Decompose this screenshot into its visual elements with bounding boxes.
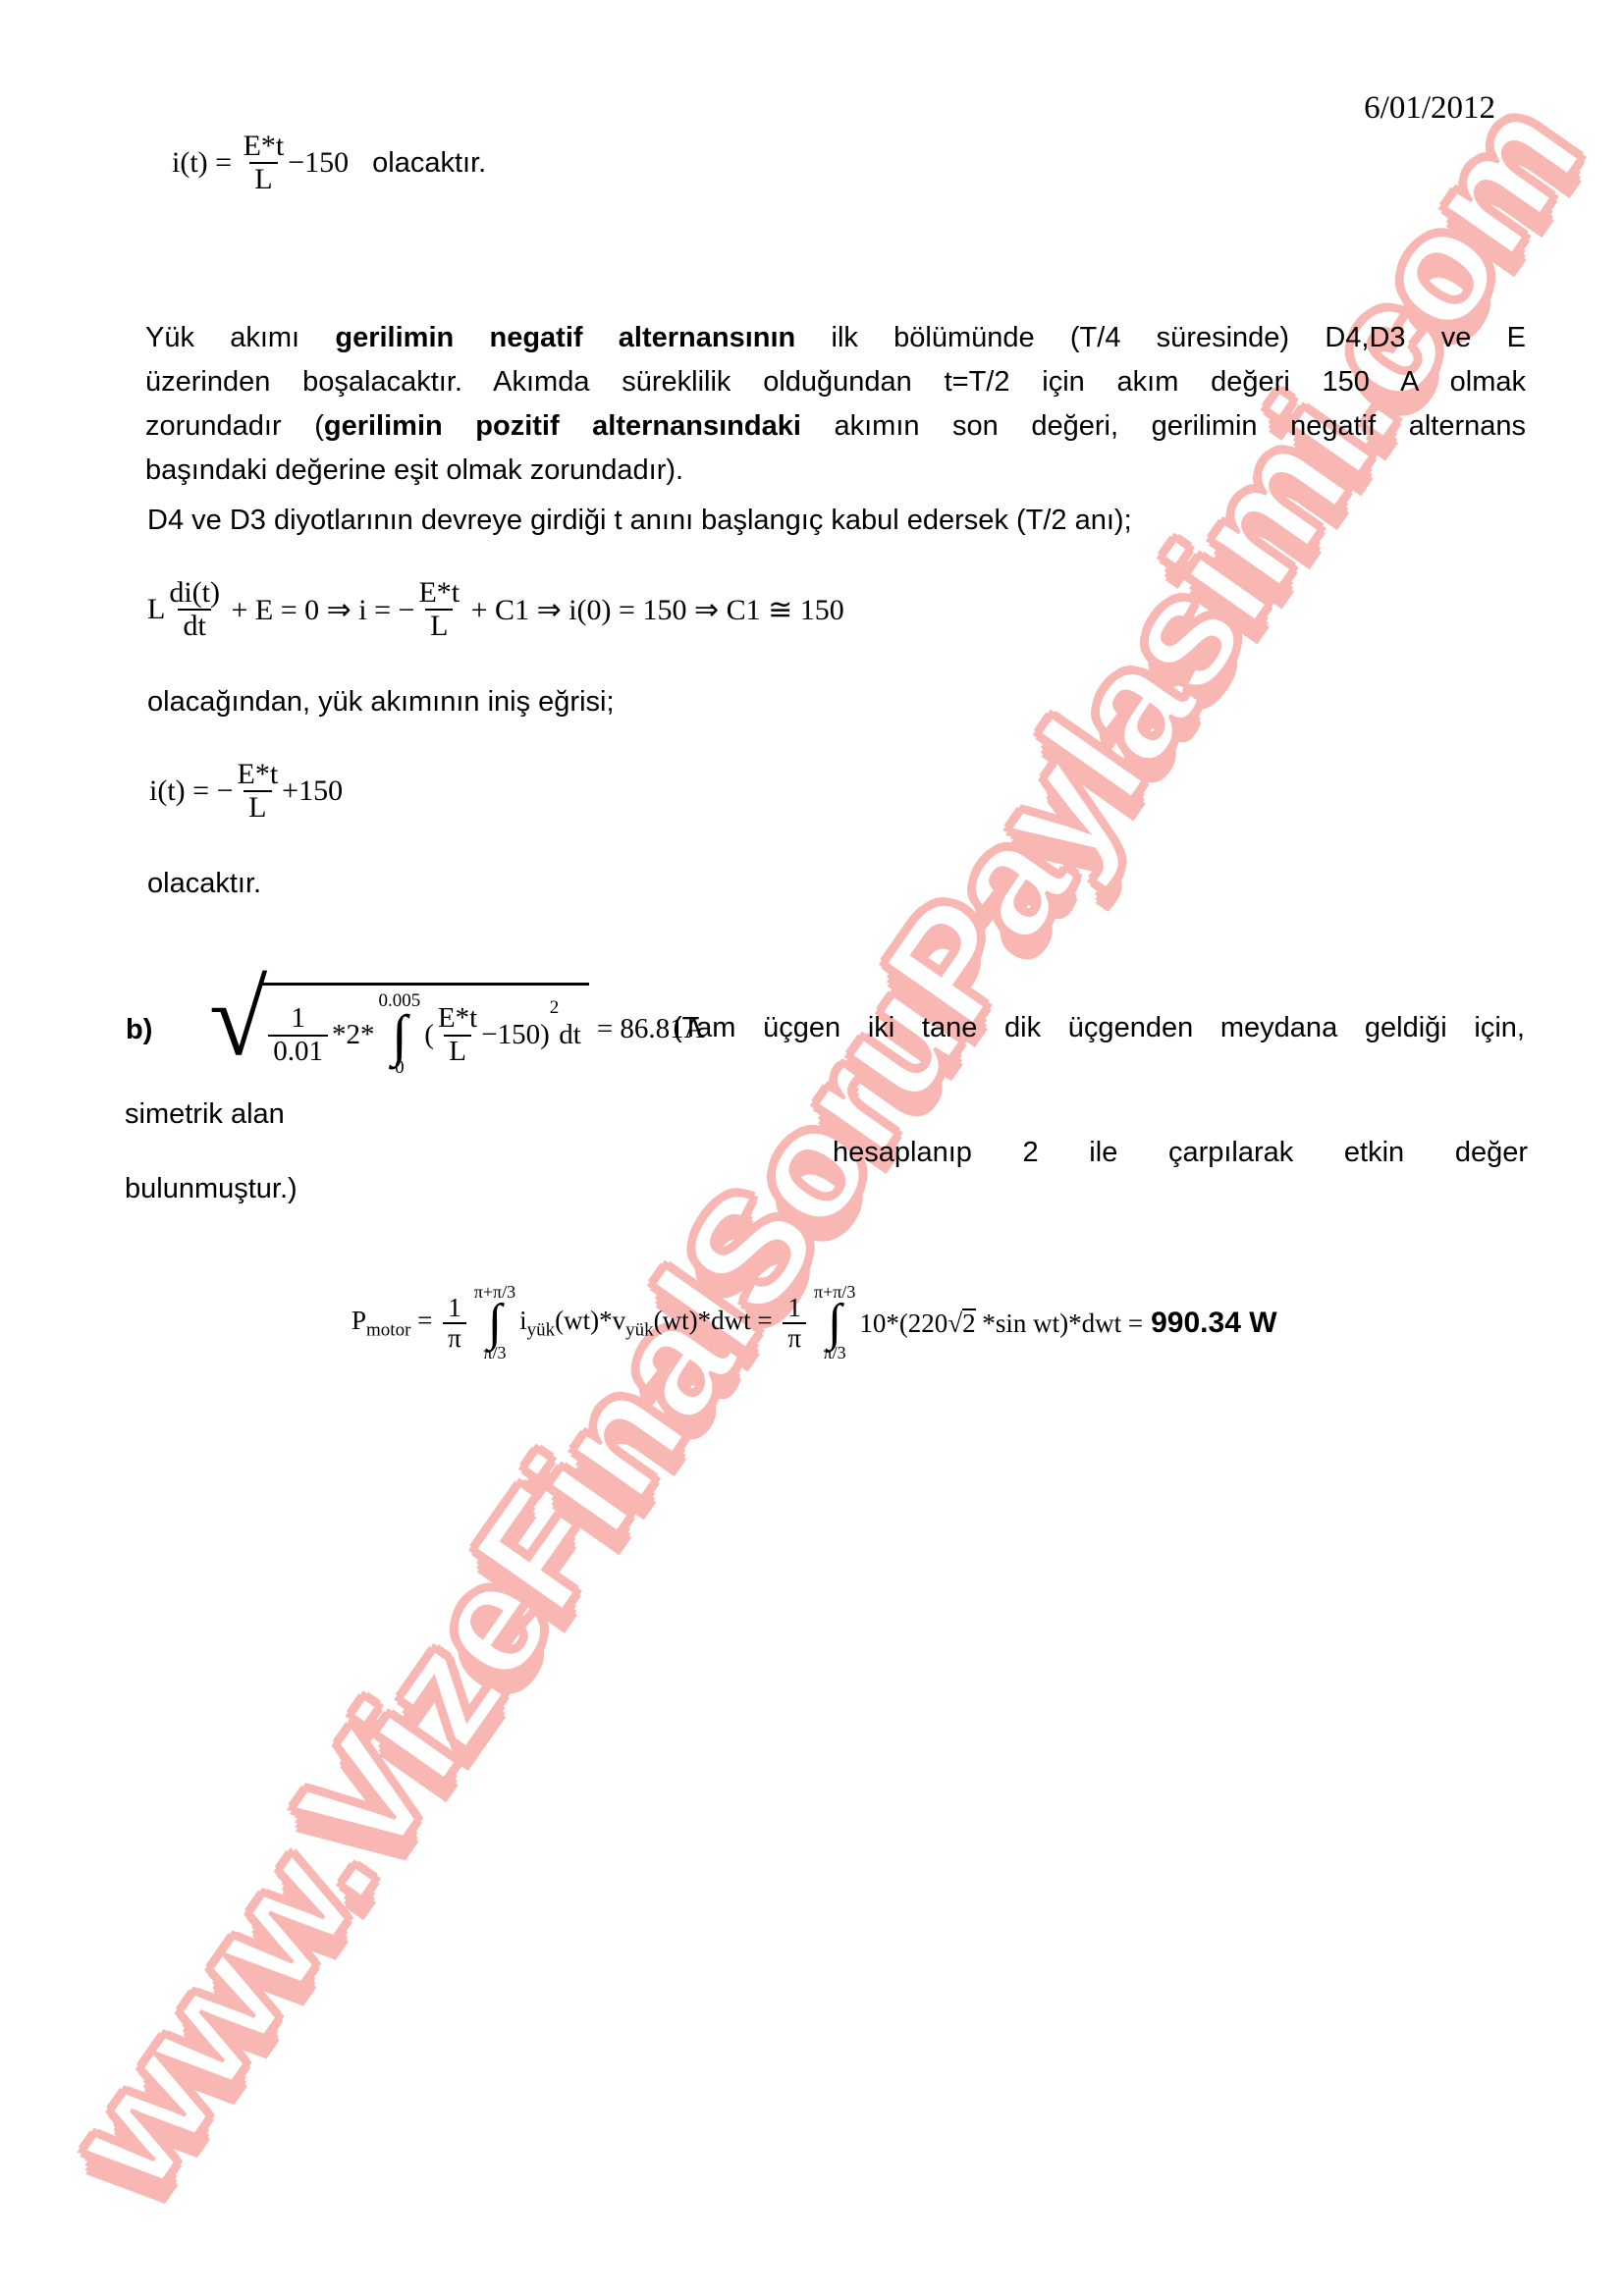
integrand-2: 10*(220√2 *sin wt)*dwt =	[859, 1308, 1143, 1339]
fraction: 1 π	[783, 1294, 806, 1353]
paragraph-line: başındaki değerine eşit olmak zorundadır…	[145, 449, 1526, 493]
integral-symbol: ∫	[828, 1303, 841, 1345]
date-label: 6/01/2012	[1364, 90, 1495, 127]
paragraph-line: Yük akımı gerilimin negatif alternansını…	[145, 316, 1526, 360]
open-paren: (	[424, 1019, 434, 1051]
fraction-numerator: E*t	[418, 577, 460, 609]
fraction: E*t L	[418, 577, 460, 643]
radical-symbol: √	[209, 980, 267, 1059]
fraction: E*t L	[438, 1003, 477, 1067]
formula-lhs: i(t) =	[172, 146, 240, 180]
formula-mid: + E = 0 ⇒ i = −	[224, 593, 414, 627]
formula-pre: L	[147, 593, 165, 626]
section-b-label: b)	[126, 1014, 152, 1046]
integrand-1: iyük(wt)*vyük(wt)*dwt =	[519, 1306, 779, 1341]
fraction-denominator: L	[249, 162, 277, 195]
formula-lhs: i(t) = −	[149, 774, 234, 808]
fraction: 1 0.01	[268, 1003, 328, 1067]
fraction-numerator: E*t	[238, 759, 279, 790]
document-page: www.VizeFinalSoruPaylasimi.com 6/01/2012…	[0, 0, 1624, 2296]
text-segment: gerilimin pozitif alternansındaki	[324, 410, 801, 442]
line-olacaktir: olacaktır.	[147, 868, 261, 900]
text-segment: Yük akımı	[145, 322, 335, 353]
multiply-term: *2*	[332, 1019, 375, 1051]
text-segment: ilk bölümünde (T/4 süresinde) D4,D3 ve E	[795, 322, 1526, 353]
integral-symbol: ∫	[488, 1303, 502, 1345]
formula-tail: −150	[288, 146, 349, 180]
integral-lower-limit: 0	[395, 1058, 405, 1079]
term: *sin wt)*dwt =	[976, 1308, 1143, 1338]
fraction-denominator: 0.01	[268, 1035, 328, 1067]
fraction-denominator: L	[425, 609, 453, 642]
integral-lower-limit: π/3	[483, 1344, 506, 1363]
fraction: di(t) dt	[169, 577, 220, 643]
pmotor-result: 990.34 W	[1151, 1307, 1276, 1340]
fraction: E*t L	[238, 759, 279, 825]
dt-term: dt	[559, 1019, 581, 1051]
integral-symbol: ∫	[392, 1012, 407, 1059]
pmotor-lhs: Pmotor =	[352, 1306, 439, 1341]
term: (wt)*dwt =	[654, 1306, 780, 1335]
sqrt2-term: 2	[962, 1308, 976, 1337]
paragraph-line: zorundadır (gerilimin pozitif alternansı…	[145, 404, 1526, 449]
i-symbol: i	[519, 1306, 527, 1335]
radical-symbol: √	[947, 1308, 962, 1338]
fraction-numerator: 1	[787, 1294, 801, 1322]
formula-load-current-discharge: i(t) = E*t L −150 olacaktır.	[172, 131, 486, 196]
line-d4-d3: D4 ve D3 diyotlarının devreye girdiği t …	[147, 505, 1132, 537]
integral: π+π/3 ∫ π/3	[814, 1283, 855, 1363]
integral-lower-limit: π/3	[824, 1344, 846, 1363]
paragraph-yuk-akimi: Yük akımı gerilimin negatif alternansını…	[145, 316, 1526, 493]
fraction-denominator: π	[443, 1322, 466, 1353]
fraction-numerator: E*t	[438, 1003, 477, 1034]
square-root: √ 1 0.01 *2* 0.005 ∫ 0 ( E*t L	[209, 980, 589, 1079]
fraction-numerator: E*t	[244, 131, 285, 162]
fraction-denominator: L	[444, 1035, 471, 1067]
integral: 0.005 ∫ 0	[379, 991, 421, 1079]
text-segment: gerilimin negatif alternansının	[335, 322, 795, 353]
fraction: E*t L	[244, 131, 285, 196]
text-tam-ucgen: (Tam üçgen iki tane dik üçgenden meydana…	[673, 1012, 1525, 1044]
page-content: 6/01/2012 i(t) = E*t L −150 olacaktır. Y…	[0, 0, 1624, 2296]
formula-rms-current: √ 1 0.01 *2* 0.005 ∫ 0 ( E*t L	[209, 980, 705, 1079]
formula-tail: +150	[282, 774, 343, 808]
term: (wt)*v	[555, 1306, 625, 1335]
fraction: 1 π	[443, 1294, 466, 1353]
text-bulunmustur: bulunmuştur.)	[125, 1173, 298, 1205]
text-olacaktir: olacaktır.	[372, 147, 486, 180]
fraction-numerator: di(t)	[169, 577, 220, 609]
fraction-numerator: 1	[291, 1003, 305, 1034]
p-symbol: P	[352, 1306, 366, 1335]
text-hesaplanip: hesaplanıp 2 ile çarpılarak etkin değer	[833, 1137, 1528, 1169]
text-simetrik-alan: simetrik alan	[125, 1098, 285, 1131]
formula-load-current-rise: i(t) = − E*t L +150	[149, 759, 343, 825]
term: 10*(220	[859, 1308, 947, 1338]
line-inis-egrisi: olacağından, yük akımının iniş eğrisi;	[147, 686, 615, 719]
text-segment: üzerinden boşalacaktır. Akımda süreklili…	[145, 366, 1526, 398]
paragraph-line: üzerinden boşalacaktır. Akımda süreklili…	[145, 360, 1526, 404]
formula-tail: + C1 ⇒ i(0) = 150 ⇒ C1 ≅ 150	[463, 593, 844, 627]
equals-sign: =	[410, 1306, 439, 1335]
formula-differential-equation: L di(t) dt + E = 0 ⇒ i = − E*t L + C1 ⇒ …	[147, 577, 844, 643]
formula-pmotor: Pmotor = 1 π π+π/3 ∫ π/3 iyük(wt)*vyük(w…	[352, 1283, 1277, 1363]
v-subscript: yük	[625, 1319, 654, 1340]
p-subscript: motor	[366, 1319, 410, 1340]
fraction-denominator: dt	[178, 609, 210, 642]
text-segment: akımın son değeri, gerilimin negatif alt…	[801, 410, 1526, 442]
text-segment: başındaki değerine eşit olmak zorundadır…	[145, 454, 683, 486]
text-segment: zorundadır (	[145, 410, 324, 442]
square-root-body: 1 0.01 *2* 0.005 ∫ 0 ( E*t L −150)	[260, 983, 589, 1079]
i-subscript: yük	[527, 1319, 556, 1340]
fraction-numerator: 1	[448, 1294, 461, 1322]
integral: π+π/3 ∫ π/3	[474, 1283, 515, 1363]
fraction-denominator: L	[244, 790, 271, 824]
exponent: 2	[550, 997, 560, 1019]
fraction-denominator: π	[783, 1322, 806, 1353]
formula-term: −150)	[481, 1019, 550, 1051]
